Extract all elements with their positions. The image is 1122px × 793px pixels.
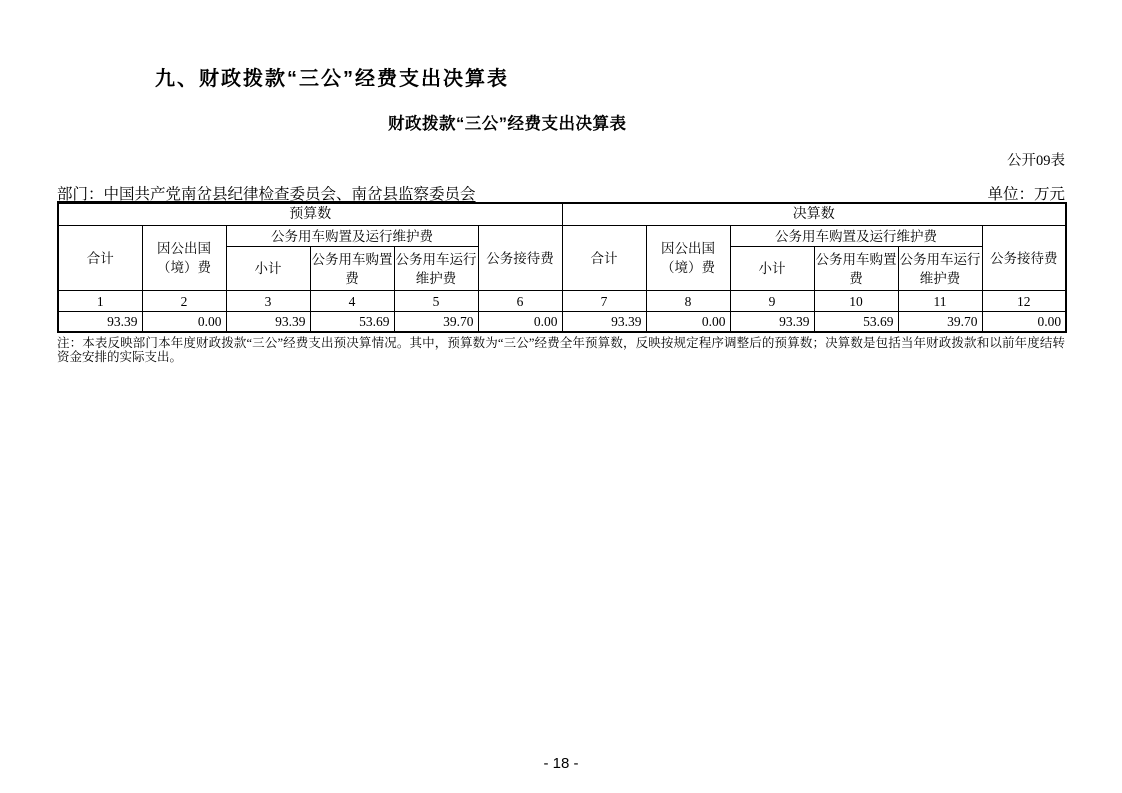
form-code-label: 公开09表 — [1007, 149, 1065, 170]
header-vehicle-maintenance-budget: 公务用车运行维护费 — [394, 247, 478, 291]
section-final: 决算数 — [562, 203, 1066, 226]
value-vehicle-subtotal-budget: 93.39 — [226, 312, 310, 333]
colnum-10: 10 — [814, 291, 898, 312]
value-reception-budget: 0.00 — [478, 312, 562, 333]
table-row-sections: 预算数 决算数 — [58, 203, 1066, 226]
department-label: 部门：中国共产党南岔县纪律检查委员会、南岔县监察委员会 — [57, 182, 476, 204]
colnum-11: 11 — [898, 291, 982, 312]
value-vehicle-purchase-budget: 53.69 — [310, 312, 394, 333]
value-abroad-budget: 0.00 — [142, 312, 226, 333]
colnum-2: 2 — [142, 291, 226, 312]
header-vehicle-subtotal-budget: 小计 — [226, 247, 310, 291]
colnum-3: 3 — [226, 291, 310, 312]
colnum-12: 12 — [982, 291, 1066, 312]
header-vehicle-maintenance-final: 公务用车运行维护费 — [898, 247, 982, 291]
colnum-4: 4 — [310, 291, 394, 312]
header-vehicle-group-final: 公务用车购置及运行维护费 — [730, 226, 982, 247]
table-title: 财政拨款“三公”经费支出决算表 — [388, 110, 627, 134]
header-vehicle-purchase-final: 公务用车购置费 — [814, 247, 898, 291]
three-public-expense-table: 预算数 决算数 合计 因公出国（境）费 公务用车购置及运行维护费 公务接待费 合… — [57, 202, 1067, 333]
value-abroad-final: 0.00 — [646, 312, 730, 333]
value-reception-final: 0.00 — [982, 312, 1066, 333]
value-vehicle-maintenance-budget: 39.70 — [394, 312, 478, 333]
header-reception-budget: 公务接待费 — [478, 226, 562, 291]
colnum-9: 9 — [730, 291, 814, 312]
header-vehicle-subtotal-final: 小计 — [730, 247, 814, 291]
page-number: - 18 - — [0, 755, 1122, 772]
unit-label: 单位：万元 — [987, 182, 1065, 204]
table-row-groups: 合计 因公出国（境）费 公务用车购置及运行维护费 公务接待费 合计 因公出国（境… — [58, 226, 1066, 247]
header-vehicle-group-budget: 公务用车购置及运行维护费 — [226, 226, 478, 247]
header-total-final: 合计 — [562, 226, 646, 291]
document-page: 九、财政拨款“三公”经费支出决算表 财政拨款“三公”经费支出决算表 公开09表 … — [0, 0, 1122, 793]
colnum-5: 5 — [394, 291, 478, 312]
value-vehicle-subtotal-final: 93.39 — [730, 312, 814, 333]
value-total-final: 93.39 — [562, 312, 646, 333]
section-title: 九、财政拨款“三公”经费支出决算表 — [155, 62, 509, 91]
colnum-8: 8 — [646, 291, 730, 312]
header-abroad-budget: 因公出国（境）费 — [142, 226, 226, 291]
header-total-budget: 合计 — [58, 226, 142, 291]
header-abroad-final: 因公出国（境）费 — [646, 226, 730, 291]
table-row-values: 93.39 0.00 93.39 53.69 39.70 0.00 93.39 … — [58, 312, 1066, 333]
value-vehicle-purchase-final: 53.69 — [814, 312, 898, 333]
table-note: 注：本表反映部门本年度财政拨款“三公”经费支出预决算情况。其中，预算数为“三公”… — [57, 337, 1065, 364]
colnum-6: 6 — [478, 291, 562, 312]
colnum-7: 7 — [562, 291, 646, 312]
colnum-1: 1 — [58, 291, 142, 312]
value-vehicle-maintenance-final: 39.70 — [898, 312, 982, 333]
value-total-budget: 93.39 — [58, 312, 142, 333]
table-row-column-numbers: 1 2 3 4 5 6 7 8 9 10 11 12 — [58, 291, 1066, 312]
section-budget: 预算数 — [58, 203, 562, 226]
meta-row: 部门：中国共产党南岔县纪律检查委员会、南岔县监察委员会 单位：万元 — [57, 182, 1065, 204]
header-reception-final: 公务接待费 — [982, 226, 1066, 291]
header-vehicle-purchase-budget: 公务用车购置费 — [310, 247, 394, 291]
